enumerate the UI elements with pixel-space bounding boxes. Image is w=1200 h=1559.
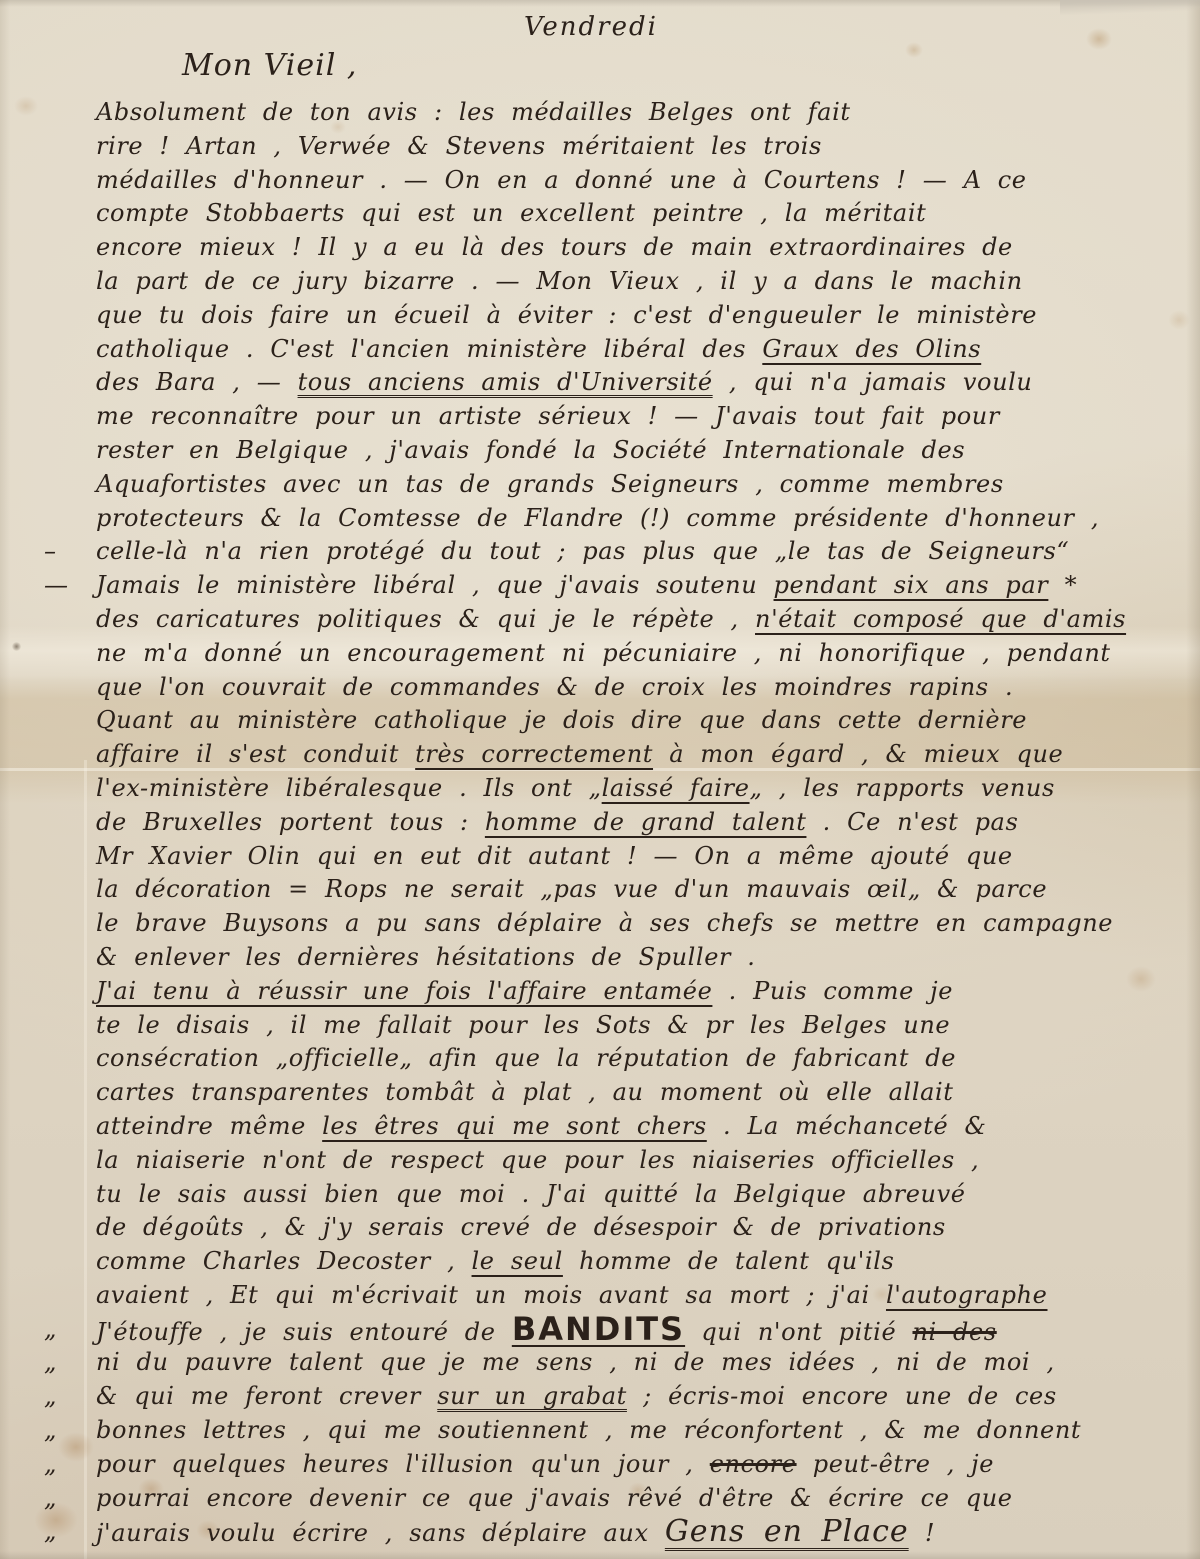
text-segment: avaient , Et qui m'écrivait un mois avan… bbox=[96, 1281, 886, 1309]
letter-line: catholique . C'est l'ancien ministère li… bbox=[96, 333, 1186, 367]
text-segment: homme de grand talent bbox=[485, 808, 807, 836]
text-segment: pourrai encore devenir ce que j'avais rê… bbox=[96, 1484, 1013, 1512]
letter-line: la décoration = Rops ne serait „pas vue … bbox=[96, 873, 1186, 907]
text-segment: des caricatures politiques & qui je le r… bbox=[96, 605, 755, 633]
margin-quote-mark: „ bbox=[44, 1448, 57, 1482]
letter-line: Mr Xavier Olin qui en eut dit autant ! —… bbox=[96, 840, 1186, 874]
text-segment: pendant six ans par bbox=[774, 571, 1049, 599]
text-segment: que tu dois faire un écueil à éviter : c… bbox=[96, 301, 1037, 329]
text-segment: „ , les rapports venus bbox=[750, 774, 1055, 802]
paper-edge-bottom bbox=[0, 1551, 1200, 1559]
text-segment: . Puis comme je bbox=[712, 977, 953, 1005]
letter-line: Absolument de ton avis : les médailles B… bbox=[96, 96, 1186, 130]
paper-edge-top bbox=[0, 0, 1200, 7]
text-segment: catholique . C'est l'ancien ministère li… bbox=[96, 335, 762, 363]
text-segment: laissé faire bbox=[602, 774, 750, 802]
letter-line: rester en Belgique , j'avais fondé la So… bbox=[96, 434, 1186, 468]
letter-page: Vendredi Mon Vieil , Absolument de ton a… bbox=[0, 0, 1200, 1559]
text-segment: ni du pauvre talent que je me sens , ni … bbox=[96, 1348, 1055, 1376]
text-segment: l'ex-ministère libéralesque . Ils ont „ bbox=[96, 774, 602, 802]
letter-line: affaire il s'est conduit très correcteme… bbox=[96, 738, 1186, 772]
text-segment: à mon égard , & mieux que bbox=[653, 740, 1063, 768]
text-segment: consécration „officielle„ afin que la ré… bbox=[96, 1044, 956, 1072]
letter-line: & enlever les dernières hésitations de S… bbox=[96, 941, 1186, 975]
letter-line: „bonnes lettres , qui me soutiennent , m… bbox=[96, 1414, 1186, 1448]
text-segment: rester en Belgique , j'avais fondé la So… bbox=[96, 436, 965, 464]
letter-line: tu le sais aussi bien que moi . J'ai qui… bbox=[96, 1178, 1186, 1212]
text-segment: ! bbox=[909, 1519, 935, 1547]
text-segment: compte Stobbaerts qui est un excellent p… bbox=[96, 199, 926, 227]
letter-body: Absolument de ton avis : les médailles B… bbox=[96, 96, 1186, 1549]
text-segment: qui n'ont pitié bbox=[685, 1318, 912, 1346]
letter-line: le brave Buysons a pu sans déplaire à se… bbox=[96, 907, 1186, 941]
margin-quote-mark: „ bbox=[44, 1482, 57, 1516]
text-segment: Aquafortistes avec un tas de grands Seig… bbox=[96, 470, 1004, 498]
margin-dash-mark: — bbox=[44, 569, 69, 603]
letter-line: me reconnaître pour un artiste sérieux !… bbox=[96, 400, 1186, 434]
foxing-stain bbox=[905, 42, 923, 58]
text-segment: J'ai tenu à réussir une fois l'affaire e… bbox=[96, 977, 712, 1005]
letter-line: te le disais , il me fallait pour les So… bbox=[96, 1009, 1186, 1043]
text-segment: Gens en Place bbox=[665, 1514, 909, 1549]
text-segment: médailles d'honneur . — On en a donné un… bbox=[96, 166, 1027, 194]
text-segment: très correctement bbox=[415, 740, 653, 768]
foxing-stain bbox=[1086, 28, 1112, 50]
letter-line: rire ! Artan , Verwée & Stevens méritaie… bbox=[96, 130, 1186, 164]
text-segment: de Bruxelles portent tous : bbox=[96, 808, 485, 836]
text-segment: homme de talent qu'ils bbox=[563, 1247, 895, 1275]
foxing-stain bbox=[58, 1432, 94, 1462]
text-segment: peut-être , je bbox=[797, 1450, 994, 1478]
letter-line: „pourrai encore devenir ce que j'avais r… bbox=[96, 1482, 1186, 1516]
text-segment: J'étouffe , je suis entouré de bbox=[96, 1318, 512, 1346]
letter-line: –celle-là n'a rien protégé du tout ; pas… bbox=[96, 535, 1186, 569]
salutation: Mon Vieil , bbox=[182, 48, 357, 83]
letter-line: J'ai tenu à réussir une fois l'affaire e… bbox=[96, 975, 1186, 1009]
text-segment: tu le sais aussi bien que moi . J'ai qui… bbox=[96, 1180, 966, 1208]
text-segment: Graux des Olins bbox=[762, 335, 981, 363]
text-segment: ni des bbox=[912, 1318, 996, 1346]
letter-line: de Bruxelles portent tous : homme de gra… bbox=[96, 806, 1186, 840]
text-segment: ne m'a donné un encouragement ni pécunia… bbox=[96, 639, 1111, 667]
text-segment: des Bara , — bbox=[96, 368, 298, 396]
text-segment: te le disais , il me fallait pour les So… bbox=[96, 1011, 950, 1039]
text-segment: Mr Xavier Olin qui en eut dit autant ! —… bbox=[96, 842, 1013, 870]
text-segment: Absolument de ton avis : les médailles B… bbox=[96, 98, 851, 126]
foxing-stain bbox=[14, 96, 38, 116]
text-segment: bonnes lettres , qui me soutiennent , me… bbox=[96, 1416, 1081, 1444]
letter-line: cartes transparentes tombât à plat , au … bbox=[96, 1076, 1186, 1110]
letter-line: „pour quelques heures l'illusion qu'un j… bbox=[96, 1448, 1186, 1482]
letter-line: Quant au ministère catholique je dois di… bbox=[96, 704, 1186, 738]
text-segment: celle-là n'a rien protégé du tout ; pas … bbox=[96, 537, 1069, 565]
text-segment: les êtres qui me sont chers bbox=[322, 1112, 707, 1140]
letter-line: „ni du pauvre talent que je me sens , ni… bbox=[96, 1346, 1186, 1380]
text-segment: encore bbox=[710, 1450, 797, 1478]
text-segment: sur un grabat bbox=[437, 1382, 627, 1410]
text-segment: rire ! Artan , Verwée & Stevens méritaie… bbox=[96, 132, 822, 160]
letter-line: la niaiserie n'ont de respect que pour l… bbox=[96, 1144, 1186, 1178]
text-segment: atteindre même bbox=[96, 1112, 322, 1140]
text-segment: cartes transparentes tombât à plat , au … bbox=[96, 1078, 954, 1106]
text-segment: , qui n'a jamais voulu bbox=[713, 368, 1033, 396]
letter-line: des caricatures politiques & qui je le r… bbox=[96, 603, 1186, 637]
text-segment: le brave Buysons a pu sans déplaire à se… bbox=[96, 909, 1113, 937]
letter-line: médailles d'honneur . — On en a donné un… bbox=[96, 164, 1186, 198]
letter-line: l'ex-ministère libéralesque . Ils ont „l… bbox=[96, 772, 1186, 806]
letter-line: „J'étouffe , je suis entouré de BANDITS … bbox=[96, 1313, 1186, 1347]
paper-edge-right bbox=[1186, 0, 1200, 1559]
text-segment: encore mieux ! Il y a eu là des tours de… bbox=[96, 233, 1013, 261]
text-segment: . La méchanceté & bbox=[707, 1112, 987, 1140]
paper-corner-top-right bbox=[1060, 0, 1200, 16]
text-segment: . Ce n'est pas bbox=[806, 808, 1018, 836]
text-segment: la décoration = Rops ne serait „pas vue … bbox=[96, 875, 1047, 903]
letter-line: que l'on couvrait de commandes & de croi… bbox=[96, 671, 1186, 705]
text-segment: me reconnaître pour un artiste sérieux !… bbox=[96, 402, 1000, 430]
text-segment: l'autographe bbox=[886, 1281, 1048, 1309]
text-segment: pour quelques heures l'illusion qu'un jo… bbox=[96, 1450, 710, 1478]
text-segment: * bbox=[1048, 571, 1077, 599]
text-segment: Jamais le ministère libéral , que j'avai… bbox=[96, 571, 774, 599]
text-segment: le seul bbox=[472, 1247, 563, 1275]
text-segment: ; écris-moi encore une de ces bbox=[627, 1382, 1057, 1410]
paper-edge-left bbox=[0, 0, 10, 1559]
text-segment: j'aurais voulu écrire , sans déplaire au… bbox=[96, 1519, 665, 1547]
letter-line: atteindre même les êtres qui me sont che… bbox=[96, 1110, 1186, 1144]
letter-line: comme Charles Decoster , le seul homme d… bbox=[96, 1245, 1186, 1279]
dateline: Vendredi bbox=[524, 12, 658, 42]
margin-quote-mark: „ bbox=[44, 1380, 57, 1414]
text-segment: comme Charles Decoster , bbox=[96, 1247, 472, 1275]
letter-line: „& qui me feront crever sur un grabat ; … bbox=[96, 1380, 1186, 1414]
text-segment: protecteurs & la Comtesse de Flandre (!)… bbox=[96, 504, 1099, 532]
letter-line: Aquafortistes avec un tas de grands Seig… bbox=[96, 468, 1186, 502]
text-segment: n'était composé que d'amis bbox=[755, 605, 1126, 633]
text-segment: Quant au ministère catholique je dois di… bbox=[96, 706, 1027, 734]
letter-line: des Bara , — tous anciens amis d'Univers… bbox=[96, 366, 1186, 400]
margin-quote-mark: „ bbox=[44, 1313, 57, 1347]
letter-line: —Jamais le ministère libéral , que j'ava… bbox=[96, 569, 1186, 603]
letter-line: ne m'a donné un encouragement ni pécunia… bbox=[96, 637, 1186, 671]
margin-dash-mark: – bbox=[44, 535, 57, 569]
vertical-crease bbox=[84, 760, 87, 1559]
letter-line: avaient , Et qui m'écrivait un mois avan… bbox=[96, 1279, 1186, 1313]
margin-quote-mark: „ bbox=[44, 1515, 57, 1549]
margin-quote-mark: „ bbox=[44, 1346, 57, 1380]
letter-line: consécration „officielle„ afin que la ré… bbox=[96, 1042, 1186, 1076]
text-segment: la niaiserie n'ont de respect que pour l… bbox=[96, 1146, 979, 1174]
letter-line: „j'aurais voulu écrire , sans déplaire a… bbox=[96, 1515, 1186, 1549]
margin-quote-mark: „ bbox=[44, 1414, 57, 1448]
text-segment: BANDITS bbox=[512, 1310, 685, 1348]
letter-line: que tu dois faire un écueil à éviter : c… bbox=[96, 299, 1186, 333]
text-segment: & enlever les dernières hésitations de S… bbox=[96, 943, 756, 971]
letter-line: la part de ce jury bizarre . — Mon Vieux… bbox=[96, 265, 1186, 299]
text-segment: la part de ce jury bizarre . — Mon Vieux… bbox=[96, 267, 1023, 295]
text-segment: & qui me feront crever bbox=[96, 1382, 437, 1410]
letter-line: de dégoûts , & j'y serais crevé de déses… bbox=[96, 1211, 1186, 1245]
letter-line: encore mieux ! Il y a eu là des tours de… bbox=[96, 231, 1186, 265]
letter-line: compte Stobbaerts qui est un excellent p… bbox=[96, 197, 1186, 231]
text-segment: que l'on couvrait de commandes & de croi… bbox=[96, 673, 1013, 701]
text-segment: tous anciens amis d'Université bbox=[298, 368, 713, 396]
letter-line: protecteurs & la Comtesse de Flandre (!)… bbox=[96, 502, 1186, 536]
text-segment: de dégoûts , & j'y serais crevé de déses… bbox=[96, 1213, 946, 1241]
text-segment: affaire il s'est conduit bbox=[96, 740, 415, 768]
